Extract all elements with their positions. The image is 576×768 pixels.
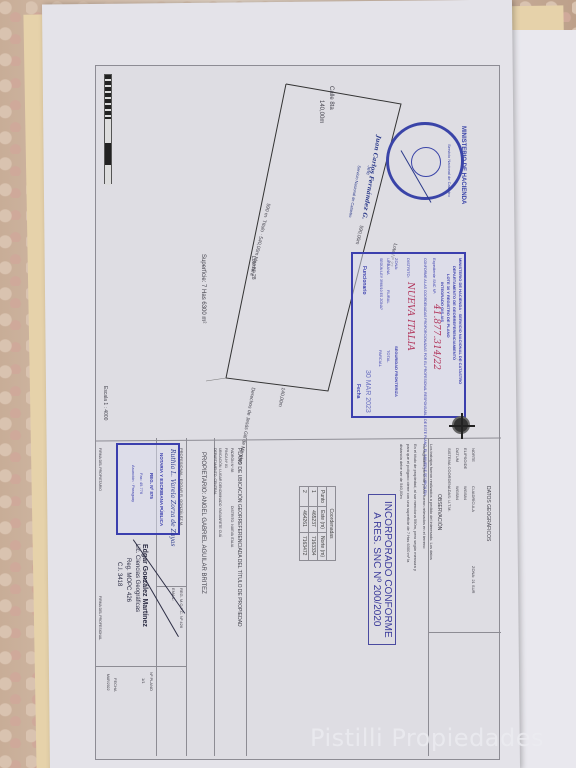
finca-label: FINCA Nº 81: [224, 448, 228, 468]
notary-line-2: REG. Nº 875: [149, 473, 154, 499]
geo-datum-label: DATUM: [455, 448, 460, 462]
distrito-value: NUEVA ITALIA: [405, 282, 415, 351]
lot-label: Lote Nº 28: [250, 256, 256, 280]
geo-norte-value: CUADRÍCULA: [471, 486, 476, 512]
plan-number-value: 1/1: [141, 678, 146, 684]
distrito-value-label: DISTRITO: NUEVA ITALIA: [230, 506, 234, 547]
seal-inner-text: Servicio Nacional de Catastro: [447, 144, 452, 197]
coord-header-este: Este (m): [318, 507, 327, 533]
funcionario-label: Funcionario: [361, 266, 367, 295]
incorporado-line-1: INCORPORADO CONFORME: [382, 501, 393, 638]
expediente-label: Expediente SNC Nº:: [432, 258, 437, 294]
top-dimension: 140,00m: [318, 100, 324, 123]
geo-datum-value: WGS84: [455, 486, 460, 500]
notary-line-3: Fax: 49.776: [139, 473, 144, 494]
geo-data-title: DATOS GEOGRÁFICOS: [485, 486, 491, 541]
table-row: 2 464261 7163472: [300, 487, 309, 561]
geo-norte-label: NORTE: [471, 448, 476, 462]
owner-label: PROPIETARIO: ANGEL GABRIEL AGUILAR BRITE…: [200, 452, 206, 594]
surface-label: Superficie: 7 Has 6300 m²: [200, 254, 206, 323]
north-arrow-crosshair-icon: [452, 416, 470, 434]
plan-title: PLANO DE UBICACIÓN GEORREFERENCIADA DEL …: [236, 448, 242, 627]
coordinates-table: Coordenadas Punto Este (m) Norte (m) 1 4…: [299, 486, 336, 561]
notary-name: Ruthia L. Varela Zorza de Zayas: [169, 449, 176, 546]
catastro-stamp: MINISTERIO DE HACIENDA · SERVICIO NACION…: [351, 252, 466, 418]
geo-zona-value: ZONA: 21 SUR: [471, 566, 476, 593]
professional-stamp-line-2: Lic. Ciencias Geográficas: [134, 544, 140, 612]
padron-label: PADRÓN Nº 88: [230, 448, 234, 472]
fecha-block-value: MAR/2022: [106, 674, 110, 691]
expediente-value: 41.877.314/22: [431, 304, 441, 370]
street-label: Calle 8ta: [328, 86, 334, 110]
owner-signature-label: FIRMA DEL PROPIETARIO: [98, 448, 102, 491]
observation-line-2: consignados presente plano fueron releva…: [422, 444, 427, 549]
date-stamp: 30 MAR 2023: [364, 370, 371, 413]
ubicacion-label: UBICACIÓN: LUGAR DENOMINADO YAGUARETE CU…: [218, 448, 222, 537]
observation-line-3: En el título de propiedad, al sur mencio…: [413, 444, 418, 571]
observation-title: OBSERVACIÓN: [436, 494, 442, 530]
professional-stamp-line-4: C.I. 3418: [116, 562, 122, 586]
total-option: TOTAL: [386, 350, 391, 363]
seal-ring-text: MINISTERIO DE HACIENDA: [460, 126, 466, 204]
seguridad-label: SEGURIDAD FRONTERIZA: [394, 346, 399, 397]
scale-label: Escala 1 : 4000: [102, 386, 108, 420]
observation-line-1: Los trabajos fueron realizados a pedido …: [429, 444, 434, 560]
professional-stamp-line-3: Reg. MOPC 426: [125, 558, 131, 602]
survey-plan-sheet: Calle 8ta 140,00m 590,00m Lote Nº 27 590…: [95, 65, 500, 760]
catastro-header-1: MINISTERIO DE HACIENDA · SERVICIO NACION…: [458, 258, 463, 384]
distrito-label: DISTRITO:: [406, 258, 411, 278]
coordinates-title: Coordenadas: [327, 487, 336, 561]
urbana-option: URBANA: [386, 258, 391, 275]
fecha-label: Fecha: [355, 384, 361, 398]
ministry-seal: [386, 122, 464, 200]
catastro-header-3: LOTE 30 Y REGISTRO DE PLANO: [446, 274, 451, 338]
departamento-label: DEPARTAMENTO: CENTRAL: [213, 448, 217, 495]
zona-label: ZONA:: [394, 258, 399, 270]
incorporado-line-2: A RES. SNC Nº 200/2020: [371, 501, 382, 638]
coord-header-norte: Norte (m): [318, 532, 327, 560]
rural-option: RURAL: [386, 290, 391, 304]
segun-ley-label: SEGÚN LEY 3966/10 ES ZONA?: [379, 258, 383, 310]
observation-line-5: distancia debe ser de 540,00m: [399, 444, 404, 499]
parcial-option: PARCIAL: [378, 350, 383, 367]
incorporado-stamp: INCORPORADO CONFORME A RES. SNC Nº 200/2…: [368, 494, 396, 645]
geo-elipsoide-label: ELIPSOIDE: [463, 448, 468, 469]
coord-header-punto: Punto: [318, 487, 327, 507]
notary-stamp: Ruthia L. Varela Zorza de Zayas NOTARIA …: [116, 443, 180, 535]
geo-elipsoide-value: WGS84: [463, 486, 468, 500]
table-row: 1 465237 7163334: [309, 487, 318, 561]
fecha-block-label: FECHA: [113, 678, 118, 692]
geo-sistema-label: SISTEMA COORDENADAS: U.T.M.: [447, 448, 452, 512]
notary-line-1: NOTARIA Y ESCRIBANA PÚBLICA: [159, 453, 164, 526]
catastro-header-2: DEPARTAMENTO DE GEORREFERENCIAMIENTO: [452, 266, 457, 360]
coordinates-table-wrapper: Coordenadas Punto Este (m) Norte (m) 1 4…: [299, 486, 336, 561]
professional-signature-label: FIRMA DEL PROFESIONAL: [98, 596, 102, 640]
observation-line-4: para que el polígono cierre con una supe…: [406, 444, 411, 562]
plan-number-label: Nº PLANO: [149, 672, 154, 691]
notary-line-4: Asunción · Paraguay: [131, 465, 136, 502]
watermark-text: Pistilli Propiedades: [310, 724, 544, 752]
